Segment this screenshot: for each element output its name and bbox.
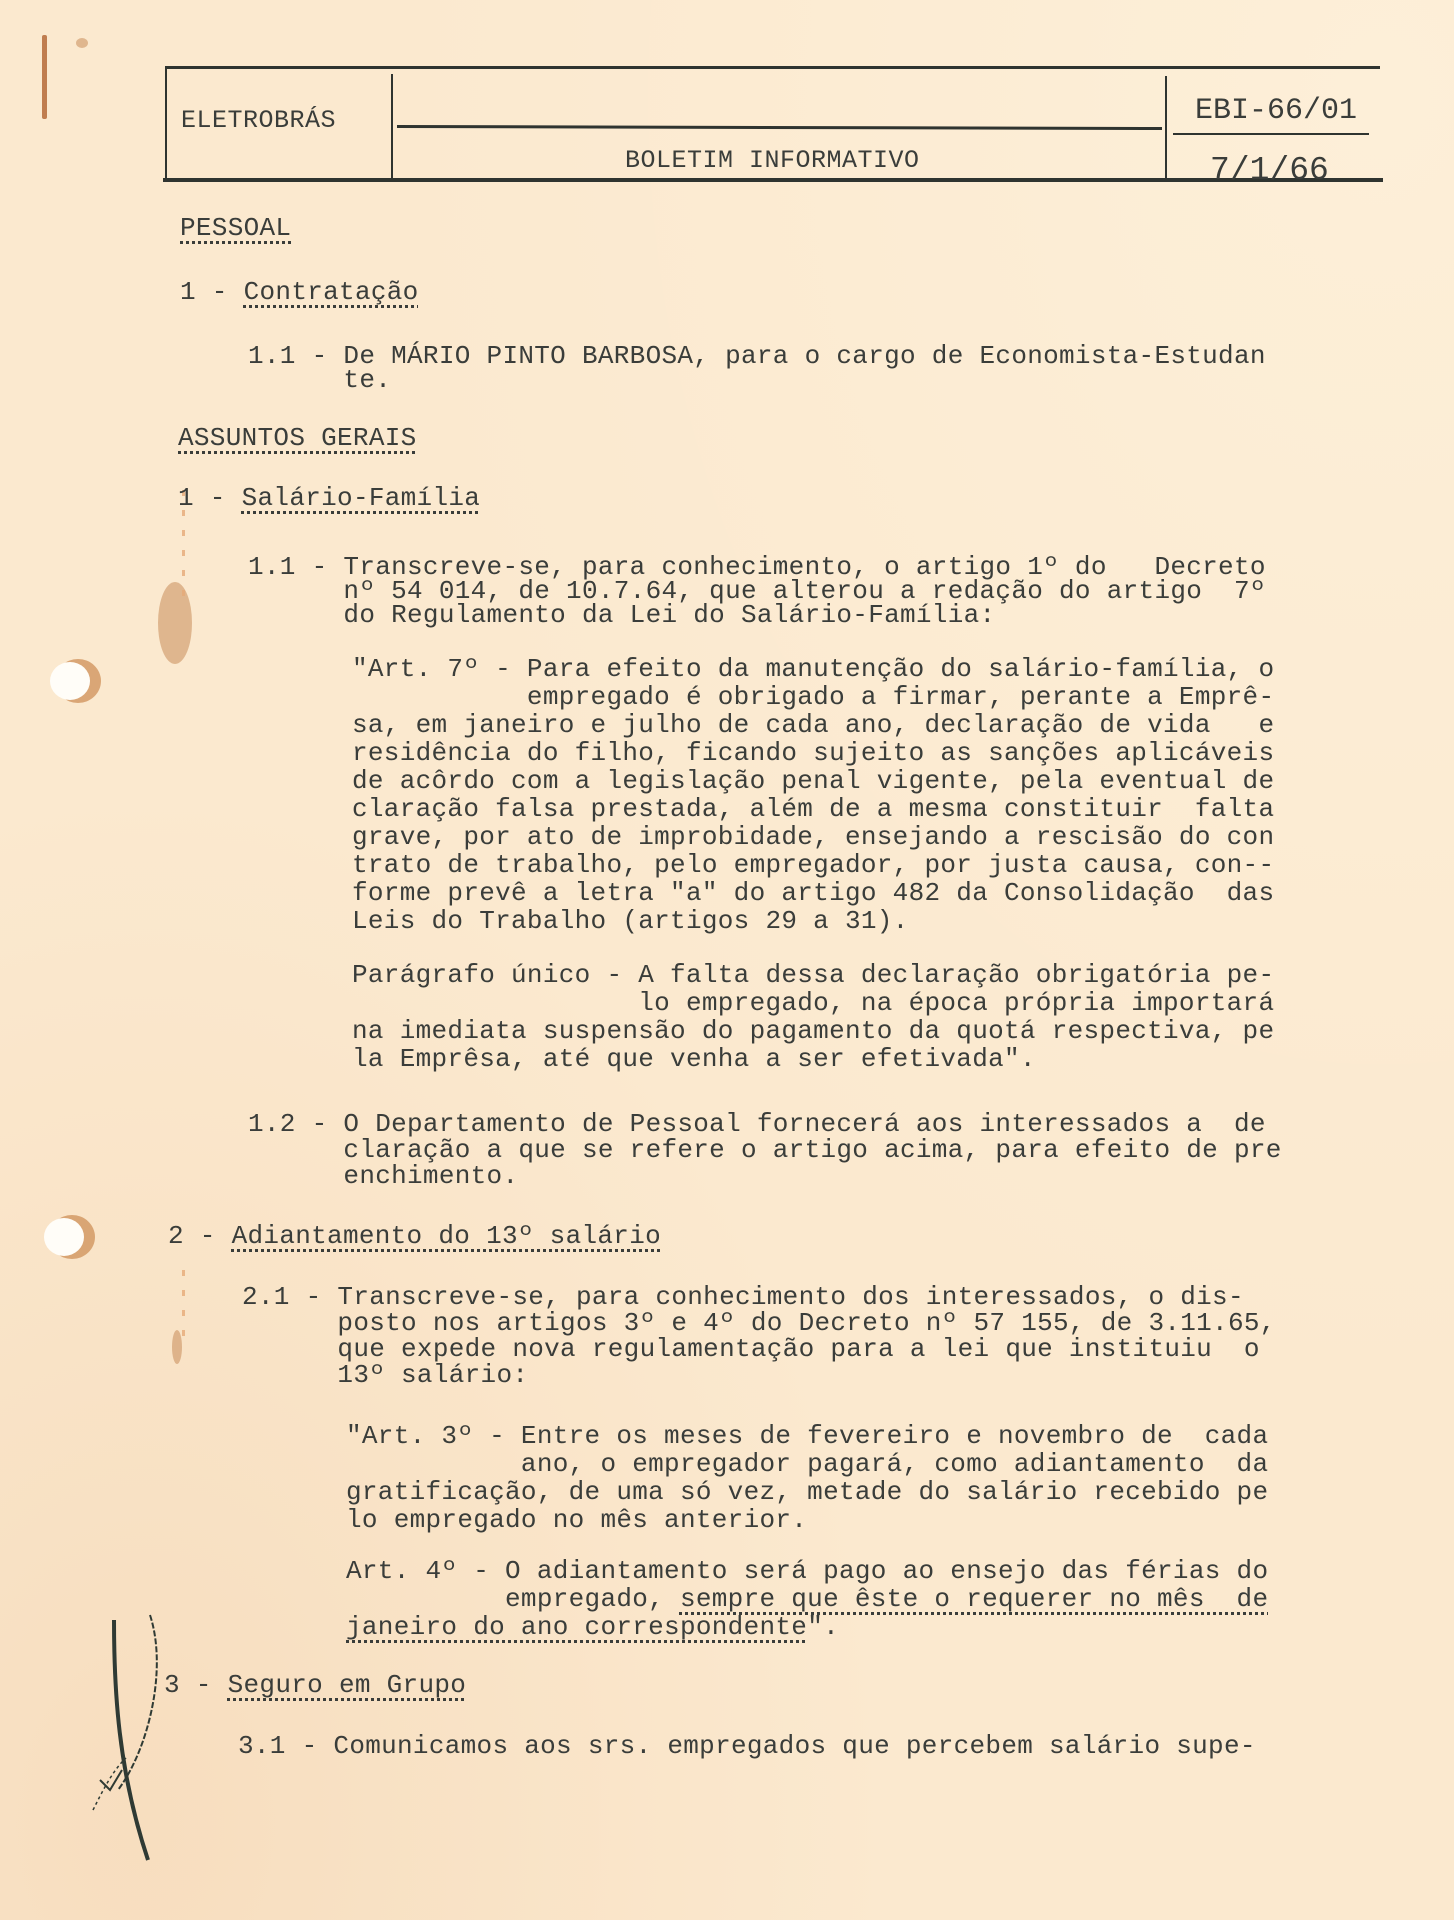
quote-text: empregado, [346,1584,680,1614]
organization-name: ELETROBRÁS [181,106,336,135]
header-divider [1165,76,1167,180]
quote-line: Leis do Trabalho (artigos 29 a 31). [352,907,909,935]
item-heading-text: Contratação [244,277,419,307]
item-heading-text: Salário-Família [242,483,481,513]
paragraph-line: 2.1 - Transcreve-se, para conhecimento d… [242,1283,1244,1311]
document-date: 7/1/66 [1210,152,1329,189]
quote-line: claração falsa prestada, além de a mesma… [352,795,1274,823]
margin-stain [158,582,192,664]
quote-text-underlined: sempre que êste o requerer no mês de [680,1584,1268,1614]
paragraph-line: que expede nova regulamentação para a le… [242,1335,1260,1363]
header-rule [165,66,167,180]
item-heading: 1 - Contratação [180,278,419,306]
quote-line: trato de trabalho, pelo empregador, por … [352,851,1274,879]
paragraph-line: te. [248,366,391,394]
header-rule [1173,133,1369,135]
paragraph-unico-line: la Emprêsa, até que venha a ser efetivad… [352,1045,1036,1073]
quote-line: grave, por ato de improbidade, ensejando… [352,823,1274,851]
margin-stain [172,1330,182,1364]
quote-line: "Art. 7º - Para efeito da manutenção do … [352,655,1274,683]
quote-text-underlined: janeiro do ano correspondente [346,1612,807,1642]
margin-dash [182,1270,185,1350]
paragraph-line: 1.1 - De MÁRIO PINTO BARBOSA, para o car… [248,342,1266,370]
margin-stain [76,38,88,48]
paragraph-line: do Regulamento da Lei do Salário-Família… [248,601,995,629]
item-heading: 1 - Salário-Família [178,484,480,512]
item-heading: 2 - Adiantamento do 13º salário [168,1222,661,1250]
quote-line: empregado, sempre que êste o requerer no… [346,1585,1268,1613]
paragraph-line: 3.1 - Comunicamos aos srs. empregados qu… [238,1732,1256,1760]
quote-line: empregado é obrigado a firmar, perante a… [352,683,1274,711]
paragraph-line: posto nos artigos 3º e 4º do Decreto nº … [242,1309,1276,1337]
document-header: ELETROBRÁS BOLETIM INFORMATIVO EBI-66/01… [165,66,1380,182]
quote-line: Art. 4º - O adiantamento será pago ao en… [346,1557,1268,1585]
paragraph-unico-line: lo empregado, na época própria importará [352,989,1274,1017]
quote-line: gratificação, de uma só vez, metade do s… [346,1478,1268,1506]
section-title-assuntos-gerais: ASSUNTOS GERAIS [178,424,417,452]
header-rule [163,178,1383,182]
quote-line: sa, em janeiro e julho de cada ano, decl… [352,711,1274,739]
document-title: BOLETIM INFORMATIVO [625,146,920,175]
header-rule [165,66,1380,69]
document-code: EBI-66/01 [1195,94,1357,128]
paragraph-line: 1.2 - O Departamento de Pessoal fornecer… [248,1110,1266,1138]
quote-line: ano, o empregador pagará, como adiantame… [346,1450,1268,1478]
punch-hole [44,1218,84,1256]
quote-line: forme prevê a letra "a" do artigo 482 da… [352,879,1274,907]
section-title-pessoal: PESSOAL [180,214,291,242]
item-number: 1 - [178,483,242,513]
margin-ink-mark [42,35,47,119]
header-divider [391,74,393,180]
paragraph-line: 13º salário: [242,1361,528,1389]
quote-line: lo empregado no mês anterior. [346,1506,807,1534]
item-number: 3 - [164,1670,228,1700]
quote-line: "Art. 3º - Entre os meses de fevereiro e… [346,1422,1268,1450]
item-number: 1 - [180,277,244,307]
handwritten-signature [88,1610,168,1870]
quote-line: residência do filho, ficando sujeito as … [352,739,1274,767]
quote-line: de acôrdo com a legislação penal vigente… [352,767,1274,795]
item-heading-text: Adiantamento do 13º salário [232,1221,661,1251]
punch-hole [50,662,90,700]
header-rule [397,125,1162,130]
quote-line: janeiro do ano correspondente". [346,1613,839,1641]
item-number: 2 - [168,1221,232,1251]
paragraph-line: claração a que se refere o artigo acima,… [248,1136,1282,1164]
paragraph-unico-line: na imediata suspensão do pagamento da qu… [352,1017,1274,1045]
item-heading-text: Seguro em Grupo [228,1670,467,1700]
quote-text: ". [807,1612,839,1642]
item-heading: 3 - Seguro em Grupo [164,1671,466,1699]
paragraph-line: enchimento. [248,1162,518,1190]
paragraph-unico-line: Parágrafo único - A falta dessa declaraç… [352,961,1274,989]
